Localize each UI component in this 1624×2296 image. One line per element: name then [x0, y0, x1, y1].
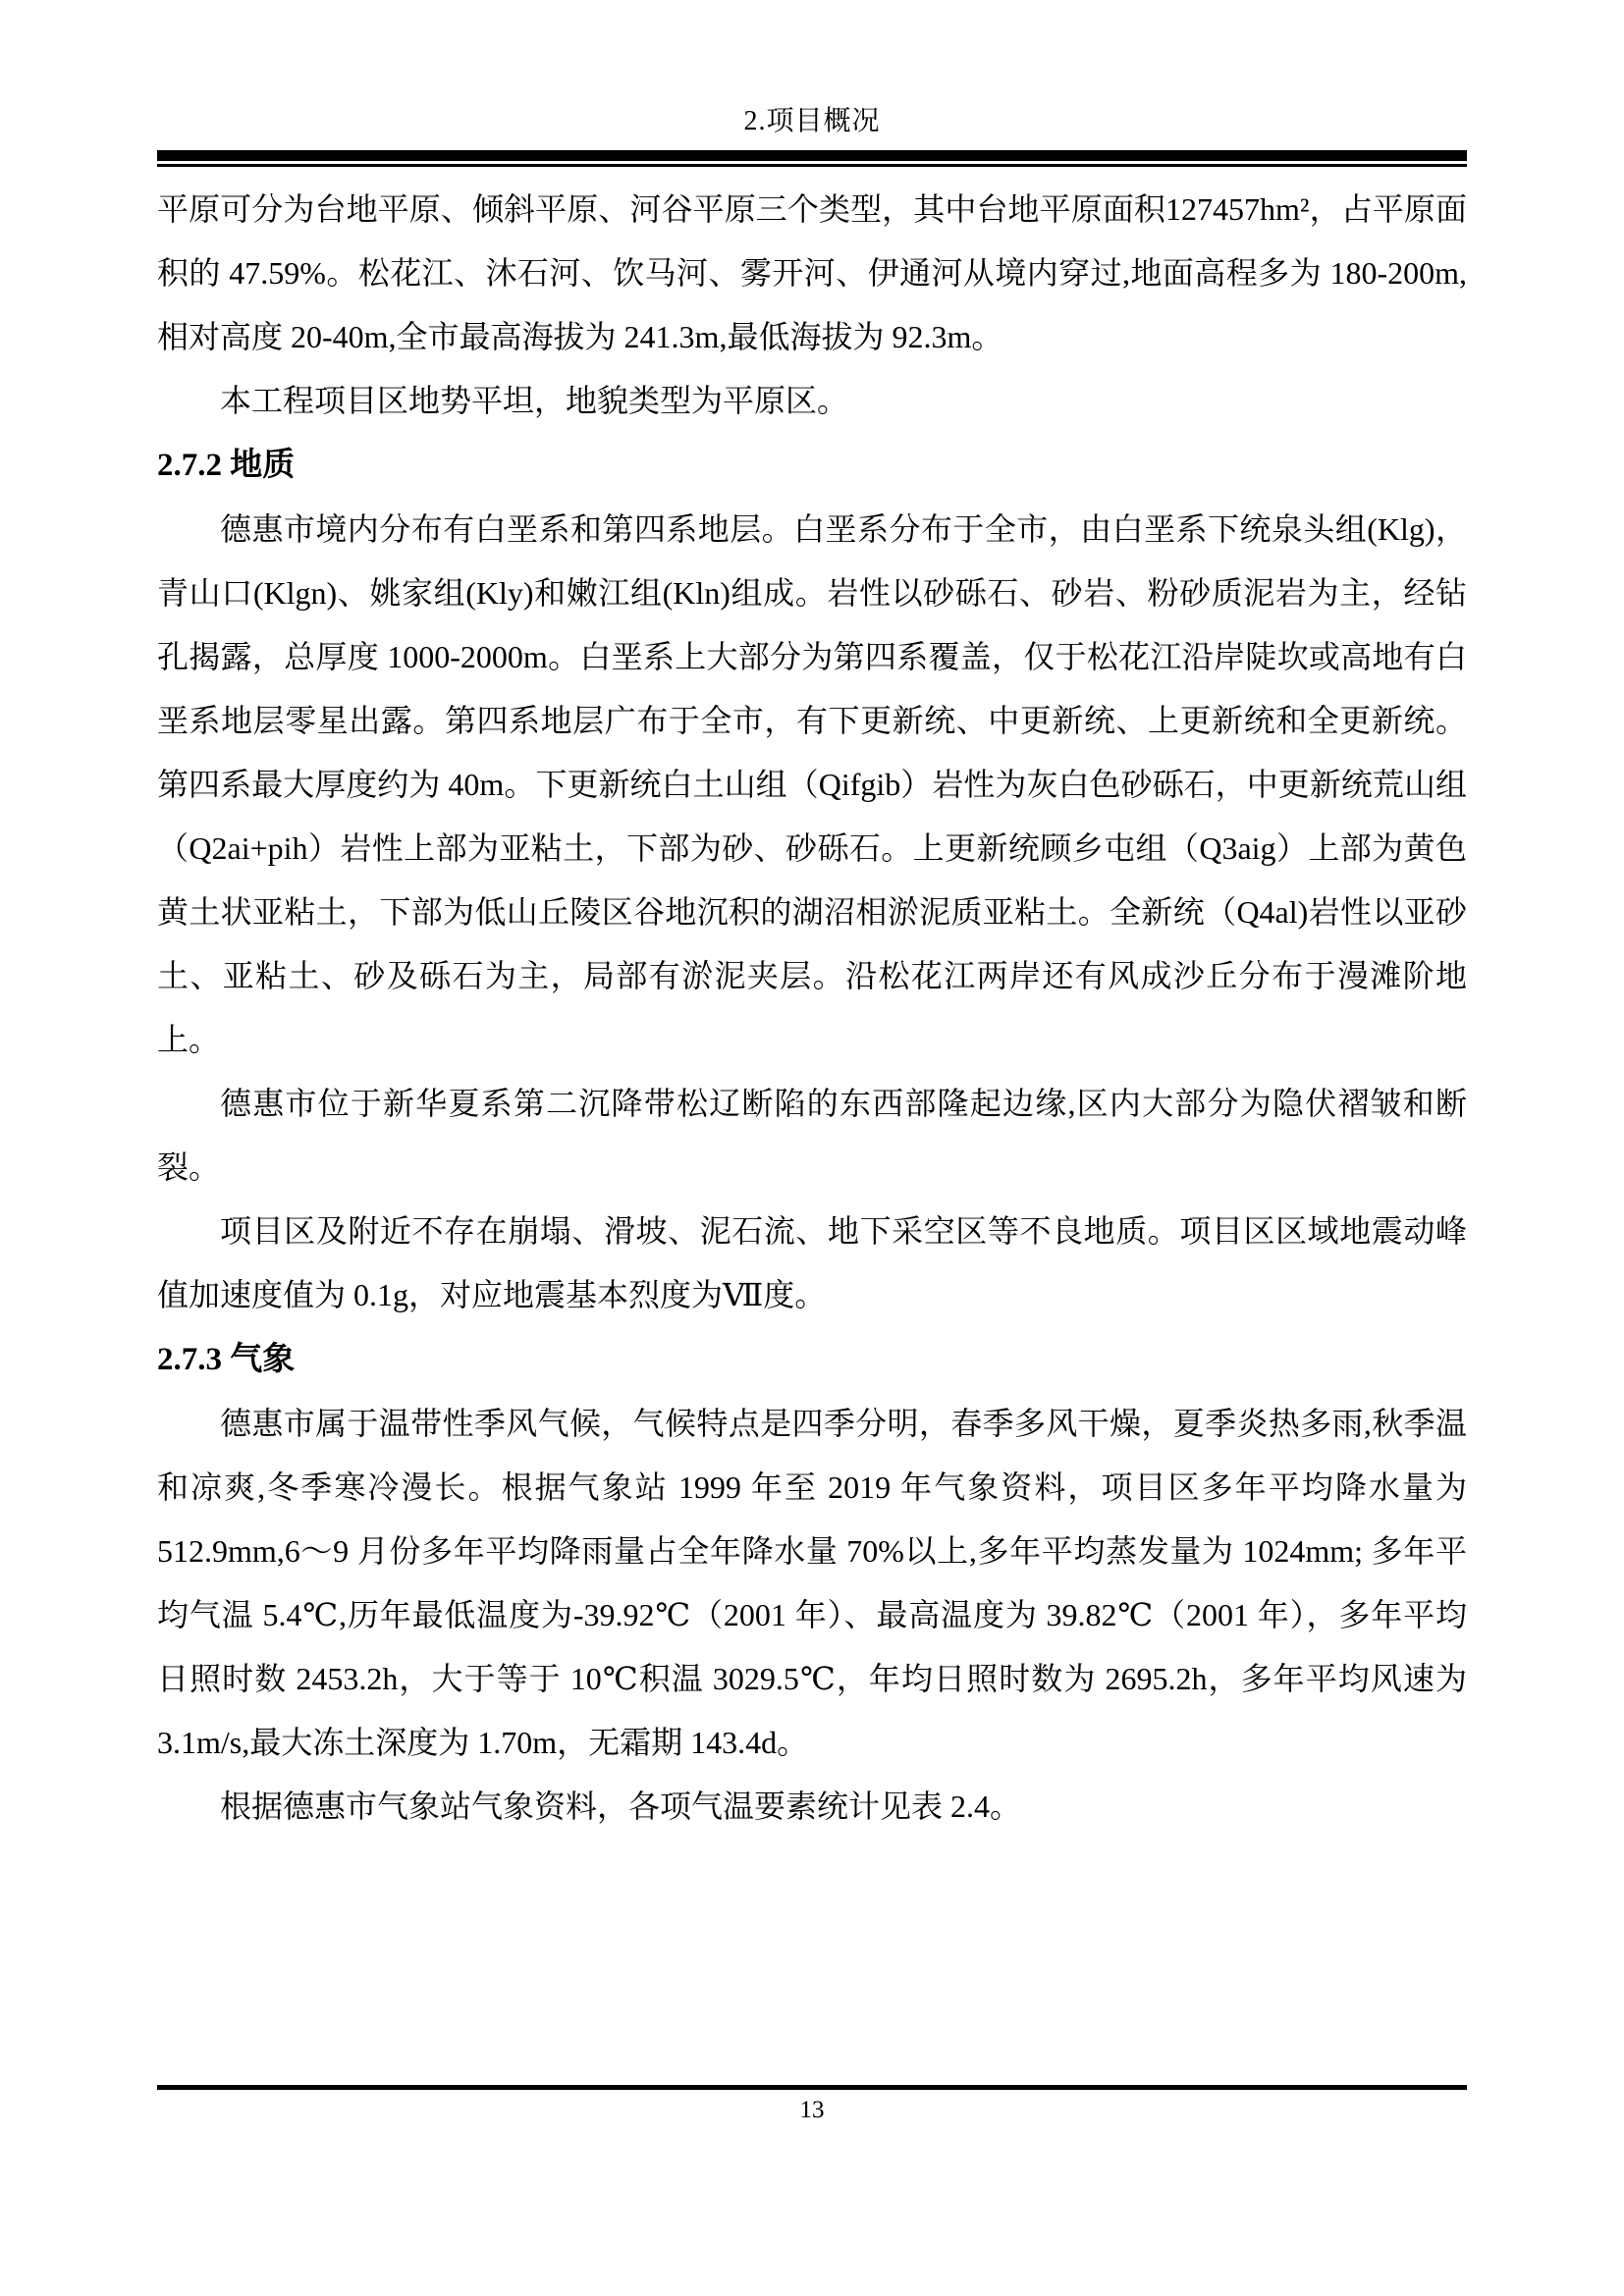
footer-rule [157, 2085, 1467, 2090]
paragraph-tectonics: 德惠市位于新华夏系第二沉降带松辽断陷的东西部隆起边缘,区内大部分为隐伏褶皱和断裂… [157, 1072, 1467, 1200]
section-heading-meteorology: 2.7.3 气象 [157, 1327, 1467, 1392]
paragraph-climate: 德惠市属于温带性季风气候，气候特点是四季分明，春季多风干燥，夏季炎热多雨,秋季温… [157, 1392, 1467, 1775]
page-number: 13 [157, 2096, 1467, 2125]
paragraph-project-terrain: 本工程项目区地势平坦，地貌类型为平原区。 [157, 369, 1467, 433]
page-header-title: 2.项目概况 [157, 104, 1467, 139]
paragraph-landform-continuation: 平原可分为台地平原、倾斜平原、河谷平原三个类型，其中台地平原面积127457hm… [157, 178, 1467, 369]
paragraph-seismic: 项目区及附近不存在崩塌、滑坡、泥石流、地下采空区等不良地质。项目区区域地震动峰值… [157, 1200, 1467, 1327]
document-body: 平原可分为台地平原、倾斜平原、河谷平原三个类型，其中台地平原面积127457hm… [157, 178, 1467, 1839]
paragraph-strata: 德惠市境内分布有白垩系和第四系地层。白垩系分布于全市，由白垩系下统泉头组(Klg… [157, 498, 1467, 1072]
header-rule-thick [157, 150, 1467, 161]
section-heading-geology: 2.7.2 地质 [157, 433, 1467, 498]
paragraph-table-reference: 根据德惠市气象站气象资料，各项气温要素统计见表 2.4。 [157, 1775, 1467, 1839]
document-page: 2.项目概况 平原可分为台地平原、倾斜平原、河谷平原三个类型，其中台地平原面积1… [0, 0, 1624, 2296]
page-header: 2.项目概况 [157, 0, 1467, 167]
header-rule-thin [157, 164, 1467, 167]
page-footer: 13 [157, 2085, 1467, 2125]
